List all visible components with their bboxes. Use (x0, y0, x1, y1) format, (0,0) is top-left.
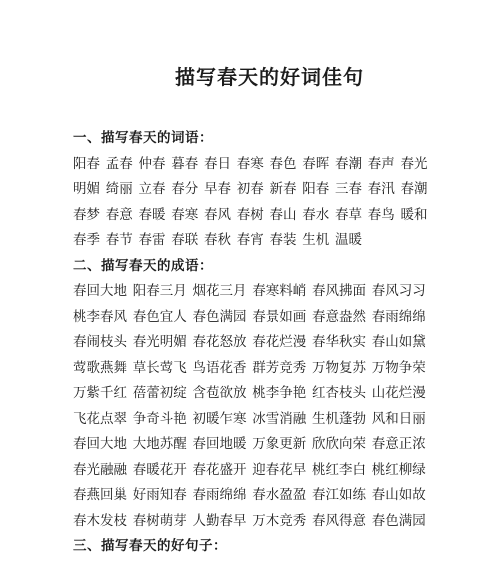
idiom-line: 万紫千红 蓓蕾初绽 含苞欲放 桃李争艳 红杏枝头 山花烂漫 (73, 380, 466, 406)
section-words-heading: 一、描写春天的词语： (73, 125, 466, 151)
idiom-line: 飞花点翠 争奇斗艳 初暖乍寒 冰雪消融 生机蓬勃 风和日丽 (73, 406, 466, 432)
word-line: 明媚 绮丽 立春 春分 早春 初春 新春 阳春 三春 春汛 春潮 (73, 176, 466, 202)
idiom-line: 春回大地 阳春三月 烟花三月 春寒料峭 春风拂面 春风习习 (73, 278, 466, 304)
word-line: 阳春 孟春 仲春 暮春 春日 春寒 春色 春晖 春潮 春声 春光 (73, 151, 466, 177)
idiom-line: 春燕回巢 好雨知春 春雨绵绵 春水盈盈 春江如练 春山如故 (73, 482, 466, 508)
section-idioms: 二、描写春天的成语： 春回大地 阳春三月 烟花三月 春寒料峭 春风拂面 春风习习… (73, 253, 466, 534)
idiom-line: 春闹枝头 春光明媚 春花怒放 春花烂漫 春华秋实 春山如黛 (73, 329, 466, 355)
word-line: 春季 春节 春雷 春联 春秋 春宵 春装 生机 温暖 (73, 227, 466, 253)
idiom-line: 莺歌燕舞 草长莺飞 鸟语花香 群芳竞秀 万物复苏 万物争荣 (73, 355, 466, 381)
page-title: 描写春天的好词佳句 (73, 64, 466, 92)
section-words: 一、描写春天的词语： 阳春 孟春 仲春 暮春 春日 春寒 春色 春晖 春潮 春声… (73, 125, 466, 253)
idiom-line: 春木发枝 春树萌芽 人勤春早 万木竞秀 春风得意 春色满园 (73, 508, 466, 534)
idiom-line: 春回大地 大地苏醒 春回地暖 万象更新 欣欣向荣 春意正浓 (73, 431, 466, 457)
word-line: 春梦 春意 春暖 春寒 春风 春树 春山 春水 春草 春鸟 暖和 (73, 202, 466, 228)
idiom-line: 桃李春风 春色宜人 春色满园 春景如画 春意盎然 春雨绵绵 (73, 304, 466, 330)
section-sentences: 三、描写春天的好句子： (73, 533, 466, 559)
idiom-line: 春光融融 春暖花开 春花盛开 迎春花早 桃红李白 桃红柳绿 (73, 457, 466, 483)
section-idioms-heading: 二、描写春天的成语： (73, 253, 466, 279)
section-sentences-heading: 三、描写春天的好句子： (73, 533, 466, 559)
document-page: 描写春天的好词佳句 一、描写春天的词语： 阳春 孟春 仲春 暮春 春日 春寒 春… (0, 0, 496, 561)
